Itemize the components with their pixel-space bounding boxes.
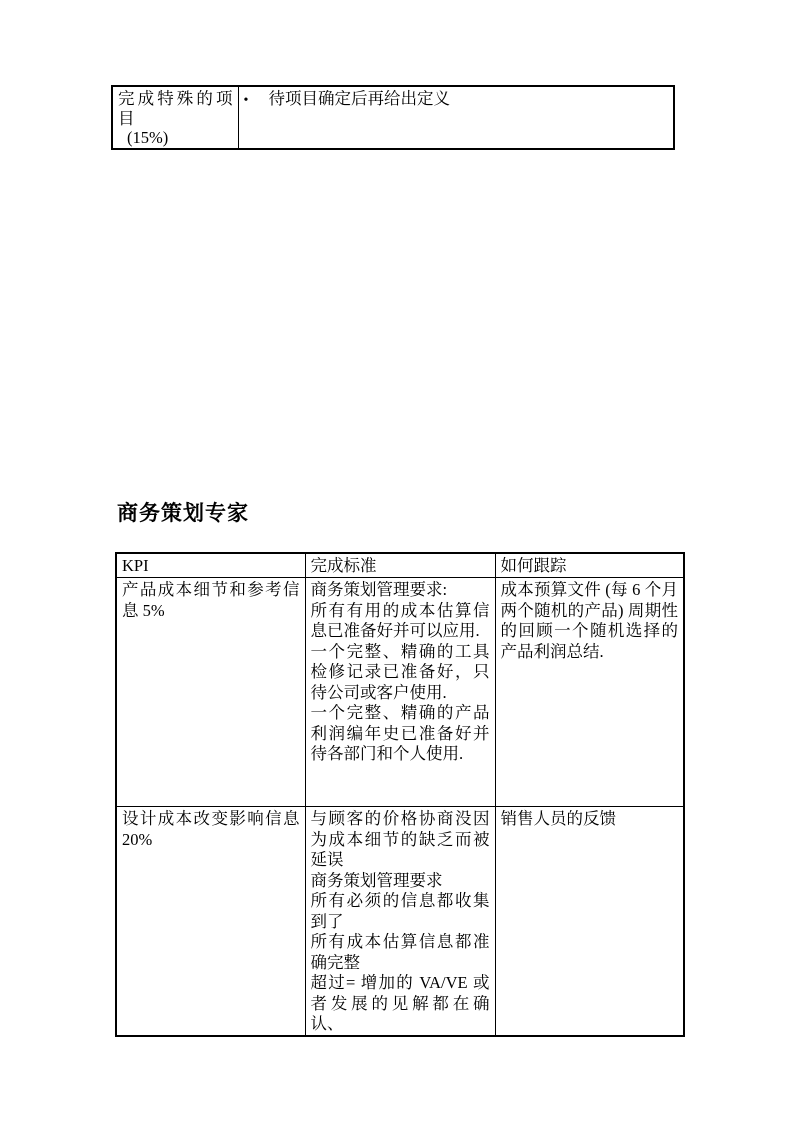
kpi-weight: (15%) — [118, 128, 233, 148]
tracking-text: 成本预算文件 (每 6 个月两个随机的产品) 周期性的回顾一个随机选择的产品利润… — [501, 580, 679, 662]
completion-standard-cell: 与顾客的价格协商没因为成本细节的缺乏而被延误 商务策划管理要求 所有必须的信息都… — [305, 807, 495, 1036]
special-projects-table: 完成特殊的项目 (15%) •待项目确定后再给出定义 — [111, 85, 675, 150]
completion-standard-text: 商务策划管理要求: 所有有用的成本估算信息已准备好并可以应用. 一个完整、精确的… — [311, 580, 490, 765]
kpi-table: KPI 完成标准 如何跟踪 产品成本细节和参考信息 5% 商务策划管理要求: 所… — [115, 552, 685, 1037]
kpi-name: 产品成本细节和参考信息 5% — [122, 580, 300, 621]
section-heading: 商务策划专家 — [117, 498, 249, 528]
table-row: 设计成本改变影响信息 20% 与顾客的价格协商没因为成本细节的缺乏而被延误 商务… — [116, 807, 684, 1036]
completion-standard-cell: 商务策划管理要求: 所有有用的成本估算信息已准备好并可以应用. 一个完整、精确的… — [305, 578, 495, 807]
column-header-tracking: 如何跟踪 — [495, 553, 684, 578]
completion-standard-text: 与顾客的价格协商没因为成本细节的缺乏而被延误 商务策划管理要求 所有必须的信息都… — [311, 809, 490, 1035]
kpi-cell: 完成特殊的项目 (15%) — [112, 86, 238, 149]
column-header-standard: 完成标准 — [305, 553, 495, 578]
bullet-icon: • — [244, 91, 260, 112]
tracking-cell: 成本预算文件 (每 6 个月两个随机的产品) 周期性的回顾一个随机选择的产品利润… — [495, 578, 684, 807]
kpi-cell: 设计成本改变影响信息 20% — [116, 807, 305, 1036]
kpi-name: 设计成本改变影响信息 20% — [122, 809, 300, 850]
column-header-kpi: KPI — [116, 553, 305, 578]
kpi-name: 完成特殊的项目 — [118, 89, 233, 128]
table-row: 产品成本细节和参考信息 5% 商务策划管理要求: 所有有用的成本估算信息已准备好… — [116, 578, 684, 807]
definition-cell: •待项目确定后再给出定义 — [238, 86, 674, 149]
tracking-cell: 销售人员的反馈 — [495, 807, 684, 1036]
kpi-cell: 产品成本细节和参考信息 5% — [116, 578, 305, 807]
table-row: 完成特殊的项目 (15%) •待项目确定后再给出定义 — [112, 86, 674, 149]
table-header-row: KPI 完成标准 如何跟踪 — [116, 553, 684, 578]
document-page: 完成特殊的项目 (15%) •待项目确定后再给出定义 商务策划专家 KPI 完成… — [0, 0, 793, 1122]
definition-text: 待项目确定后再给出定义 — [269, 89, 451, 108]
tracking-text: 销售人员的反馈 — [501, 809, 679, 830]
